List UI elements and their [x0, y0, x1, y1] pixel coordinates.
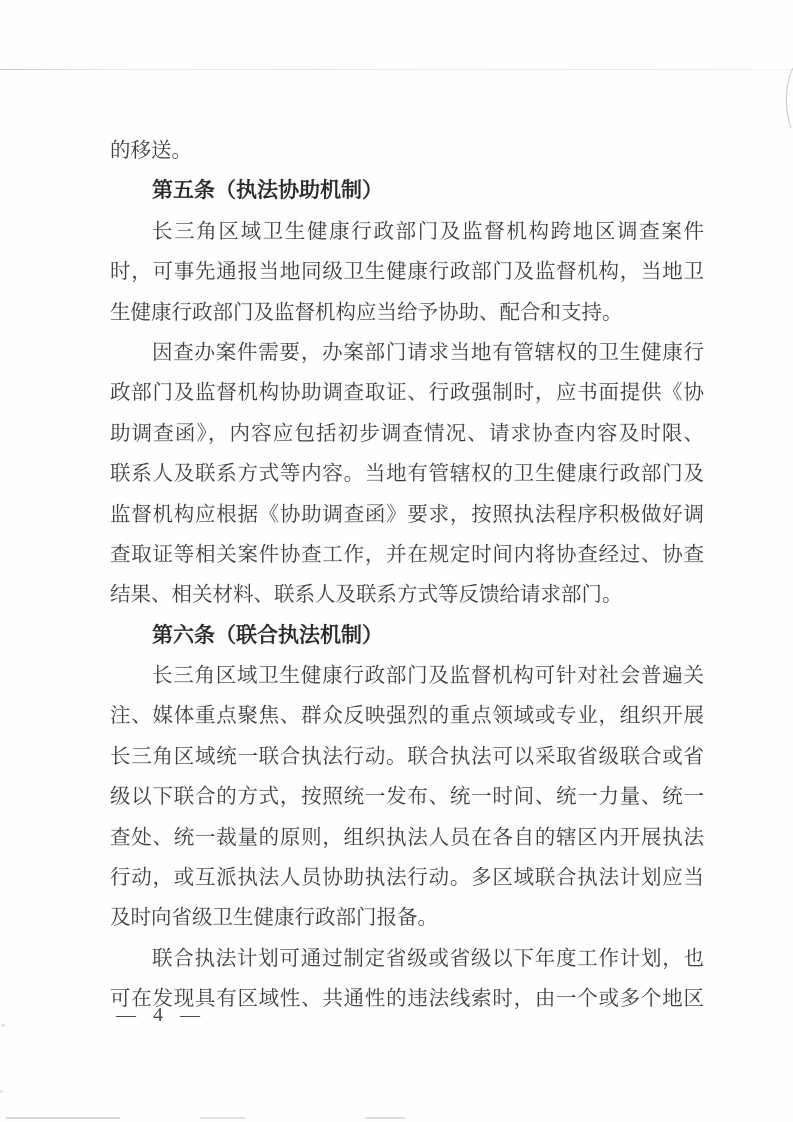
document-page: 的移送。 第五条（执法协助机制） 长三角区域卫生健康行政部门及监督机构跨地区调查… [0, 0, 793, 1122]
scan-artifact-curve [779, 66, 793, 130]
scan-artifact-top-line [0, 69, 793, 70]
body-text-line: 及时向省级卫生健康行政部门报备。 [110, 898, 704, 938]
body-text-line: 注、媒体重点聚焦、群众反映强烈的重点领域或专业，组织开展 [110, 696, 704, 736]
body-text-line: 生健康行政部门及监督机构应当给予协助、配合和支持。 [110, 293, 704, 333]
body-text-line: 长三角区域卫生健康行政部门及监督机构跨地区调查案件 [110, 212, 704, 252]
document-body: 的移送。 第五条（执法协助机制） 长三角区域卫生健康行政部门及监督机构跨地区调查… [110, 131, 704, 1020]
scan-artifact-bottom-line [6, 1117, 576, 1119]
body-text-line: 联合执法计划可通过制定省级或省级以下年度工作计划，也 [110, 939, 704, 979]
paragraph-continuation-line: 的移送。 [110, 131, 704, 171]
body-text-line: 结果、相关材料、联系人及联系方式等反馈给请求部门。 [110, 575, 704, 615]
body-text-line: 长三角区域统一联合执法行动。联合执法可以采取省级联合或省 [110, 737, 704, 777]
body-text-line: 因查办案件需要，办案部门请求当地有管辖权的卫生健康行 [110, 333, 704, 373]
body-text-line: 监督机构应根据《协助调查函》要求，按照执法程序积极做好调 [110, 495, 704, 535]
body-text-line: 行动，或互派执法人员协助执法行动。多区域联合执法计划应当 [110, 858, 704, 898]
article-6-heading: 第六条（联合执法机制） [110, 616, 704, 656]
body-text-line: 长三角区域卫生健康行政部门及监督机构可针对社会普遍关 [110, 656, 704, 696]
body-text-line: 助调查函》，内容应包括初步调查情况、请求协查内容及时限、 [110, 414, 704, 454]
body-text-line: 级以下联合的方式，按照统一发布、统一时间、统一力量、统一 [110, 777, 704, 817]
body-text-line: 联系人及联系方式等内容。当地有管辖权的卫生健康行政部门及 [110, 454, 704, 494]
body-text-line: 时，可事先通报当地同级卫生健康行政部门及监督机构，当地卫 [110, 252, 704, 292]
page-number: — 4 — [116, 1003, 203, 1027]
article-5-heading: 第五条（执法协助机制） [110, 171, 704, 211]
body-text-line: 查取证等相关案件协查工作，并在规定时间内将协查经过、协查 [110, 535, 704, 575]
scan-speck [1, 1024, 5, 1027]
body-text-line: 政部门及监督机构协助调查取证、行政强制时，应书面提供《协 [110, 373, 704, 413]
scan-speck [0, 1090, 3, 1093]
body-text-line: 查处、统一裁量的原则，组织执法人员在各自的辖区内开展执法 [110, 818, 704, 858]
